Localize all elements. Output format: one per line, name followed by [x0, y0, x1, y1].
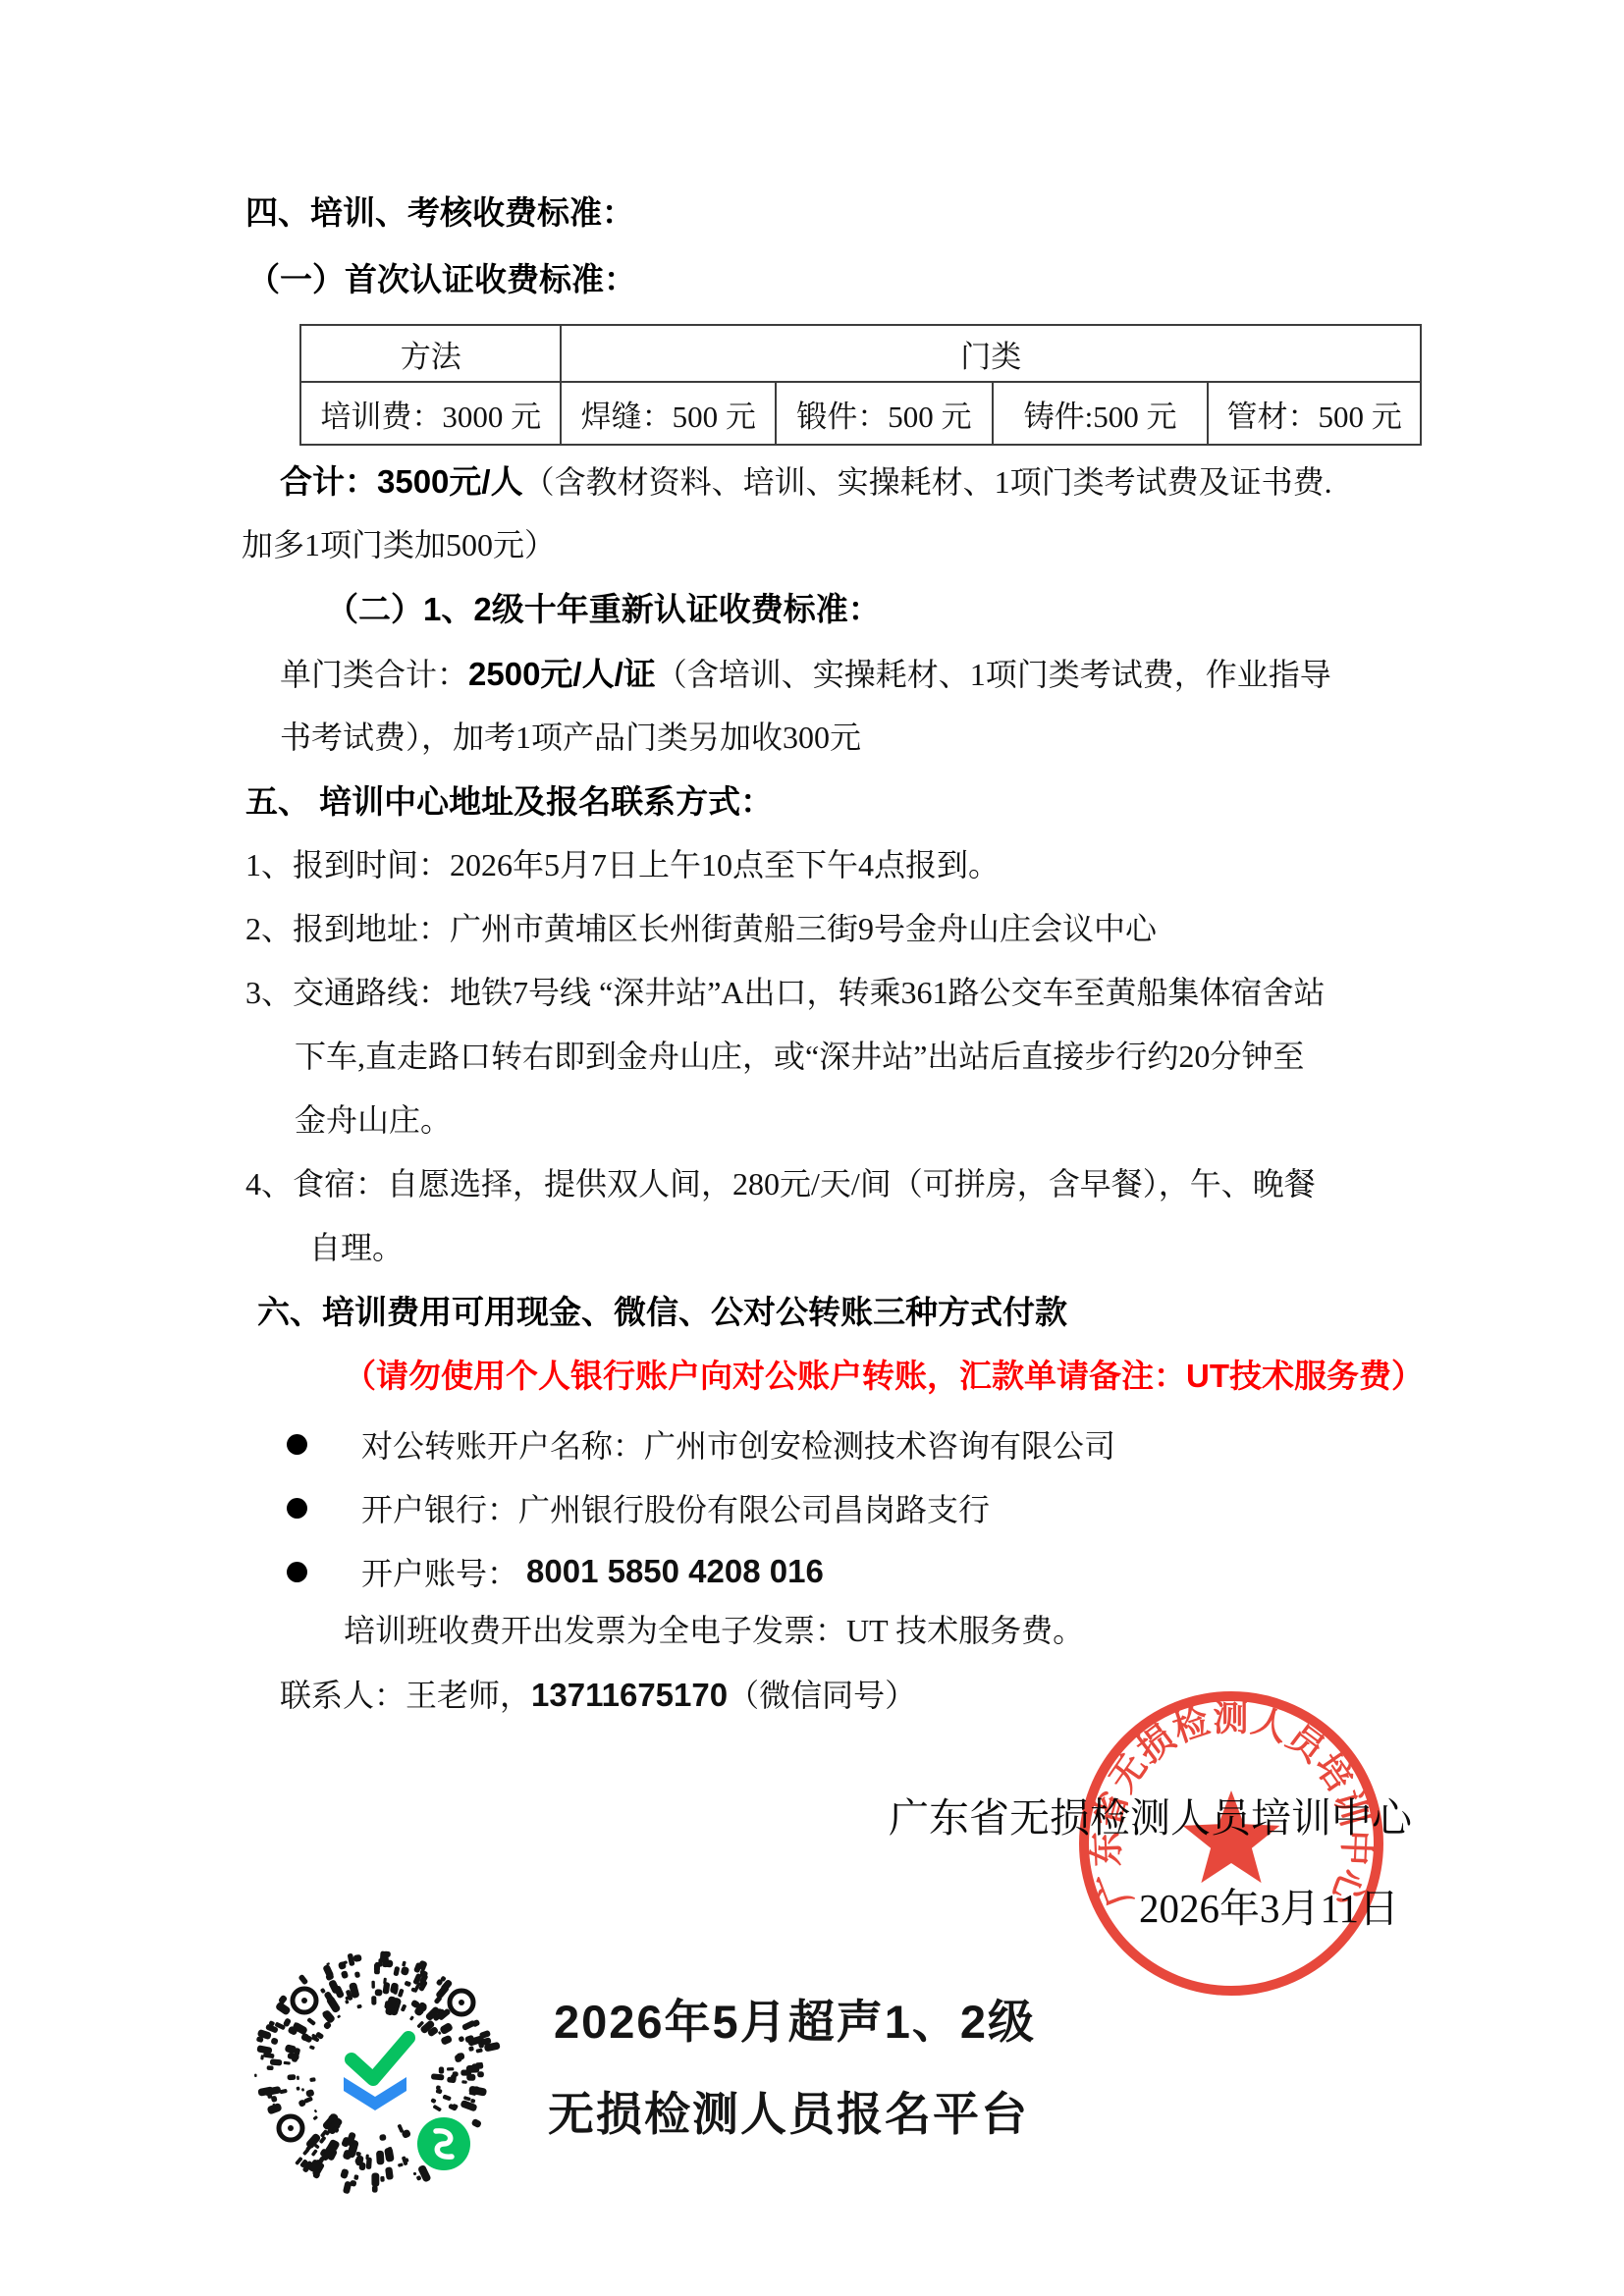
- account-name-text: 对公转账开户名称：广州市创安检测技术咨询有限公司: [361, 1421, 1115, 1467]
- account-number-label: 开户账号：: [361, 1549, 518, 1594]
- fee-table-header-category: 门类: [561, 325, 1421, 382]
- invoice-note-line: 培训班收费开出发票为全电子发票：UT 技术服务费。: [344, 1613, 1084, 1650]
- fee-table-header-method: 方法: [300, 325, 561, 382]
- transport-line-cont1: 下车,直走路口转右即到金舟山庄，或“深井站”出站后直接步行约20分钟至: [295, 1039, 1304, 1076]
- section4-heading: 四、培训、考核收费标准：: [245, 194, 634, 233]
- fee-cell-pipe: 管材：500 元: [1208, 382, 1421, 445]
- lodging-line-cont: 自理。: [309, 1230, 404, 1267]
- total-fee-amount: 合计：3500元/人: [280, 463, 523, 500]
- fee-cell-weld: 焊缝：500 元: [561, 382, 776, 445]
- bullet-dot-icon: [287, 1434, 307, 1455]
- bullet-dot-icon: [287, 1498, 307, 1519]
- fee-cell-training: 培训费：3000 元: [300, 382, 561, 445]
- section4-sub1-heading: （一）首次认证收费标准：: [247, 261, 636, 299]
- wechat-badge-icon: [417, 2117, 470, 2170]
- document-page: 四、培训、考核收费标准： （一）首次认证收费标准： 方法 门类 培训费：3000…: [0, 0, 1624, 2296]
- fee-cell-forging: 锻件：500 元: [776, 382, 993, 445]
- report-address-line: 2、报到地址：广州市黄埔区长州街黄船三街9号金舟山庄会议中心: [245, 911, 1157, 948]
- bullet-account-name: 对公转账开户名称：广州市创安检测技术咨询有限公司: [287, 1421, 1115, 1467]
- recert-fee-line: 单门类合计：2500元/人/证（含培训、实操耗材、1项门类考试费，作业指导: [280, 656, 1331, 694]
- fee-cell-casting: 铸件:500 元: [993, 382, 1209, 445]
- qr-code: [242, 1942, 509, 2214]
- bullet-bank-name: 开户银行：广州银行股份有限公司昌岗路支行: [287, 1485, 990, 1530]
- seal-ring: [1084, 1696, 1379, 1991]
- contact-lead: 联系人：王老师，: [280, 1678, 531, 1713]
- section5-heading: 五、 培训中心地址及报名联系方式：: [245, 783, 773, 822]
- bullet-dot-icon: [287, 1562, 307, 1582]
- transport-line-cont2: 金舟山庄。: [295, 1102, 452, 1140]
- account-number-value: 8001 5850 4208 016: [526, 1553, 824, 1590]
- qr-caption-line2: 无损检测人员报名平台: [548, 2087, 1029, 2141]
- lodging-line: 4、食宿：自愿选择，提供双人间，280元/天/间（可拼房，含早餐），午、晚餐: [245, 1166, 1316, 1203]
- contact-tail: （微信同号）: [728, 1678, 916, 1713]
- signature-date: 2026年3月11日: [1139, 1885, 1399, 1932]
- total-fee-note-cont: 加多1项门类加500元）: [242, 527, 556, 564]
- contact-line: 联系人：王老师，13711675170（微信同号）: [280, 1677, 916, 1715]
- report-time-line: 1、报到时间：2026年5月7日上午10点至下午4点报到。: [245, 847, 1000, 884]
- recert-note: （含培训、实操耗材、1项门类考试费，作业指导: [656, 657, 1331, 692]
- transfer-warning: （请勿使用个人银行账户向对公账户转账，汇款单请备注：UT技术服务费）: [344, 1358, 1424, 1396]
- total-fee-note: （含教材资料、培训、实操耗材、1项门类考试费及证书费.: [523, 464, 1332, 500]
- total-fee-line: 合计：3500元/人（含教材资料、培训、实操耗材、1项门类考试费及证书费.: [280, 463, 1332, 502]
- recert-lead: 单门类合计：: [280, 657, 468, 692]
- qr-caption-line1: 2026年5月超声1、2级: [554, 1995, 1036, 2049]
- contact-phone: 13711675170: [531, 1677, 728, 1713]
- recert-note-cont: 书考试费），加考1项产品门类另加收300元: [280, 720, 861, 757]
- fee-table: 方法 门类 培训费：3000 元 焊缝：500 元 锻件：500 元 铸件:50…: [299, 324, 1422, 446]
- bullet-account-number: 开户账号： 8001 5850 4208 016: [287, 1549, 824, 1594]
- official-seal: 广东省无损检测人员培训中心: [1064, 1667, 1398, 2025]
- signature-org: 广东省无损检测人员培训中心: [889, 1794, 1412, 1842]
- bank-name-text: 开户银行：广州银行股份有限公司昌岗路支行: [361, 1485, 990, 1530]
- section4-sub2-heading: （二）1、2级十年重新认证收费标准：: [326, 591, 881, 629]
- transport-line: 3、交通路线：地铁7号线 “深井站”A出口，转乘361路公交车至黄船集体宿舍站: [245, 975, 1326, 1012]
- section6-heading: 六、培训费用可用现金、微信、公对公转账三种方式付款: [257, 1294, 1067, 1332]
- recert-amount: 2500元/人/证: [468, 656, 656, 692]
